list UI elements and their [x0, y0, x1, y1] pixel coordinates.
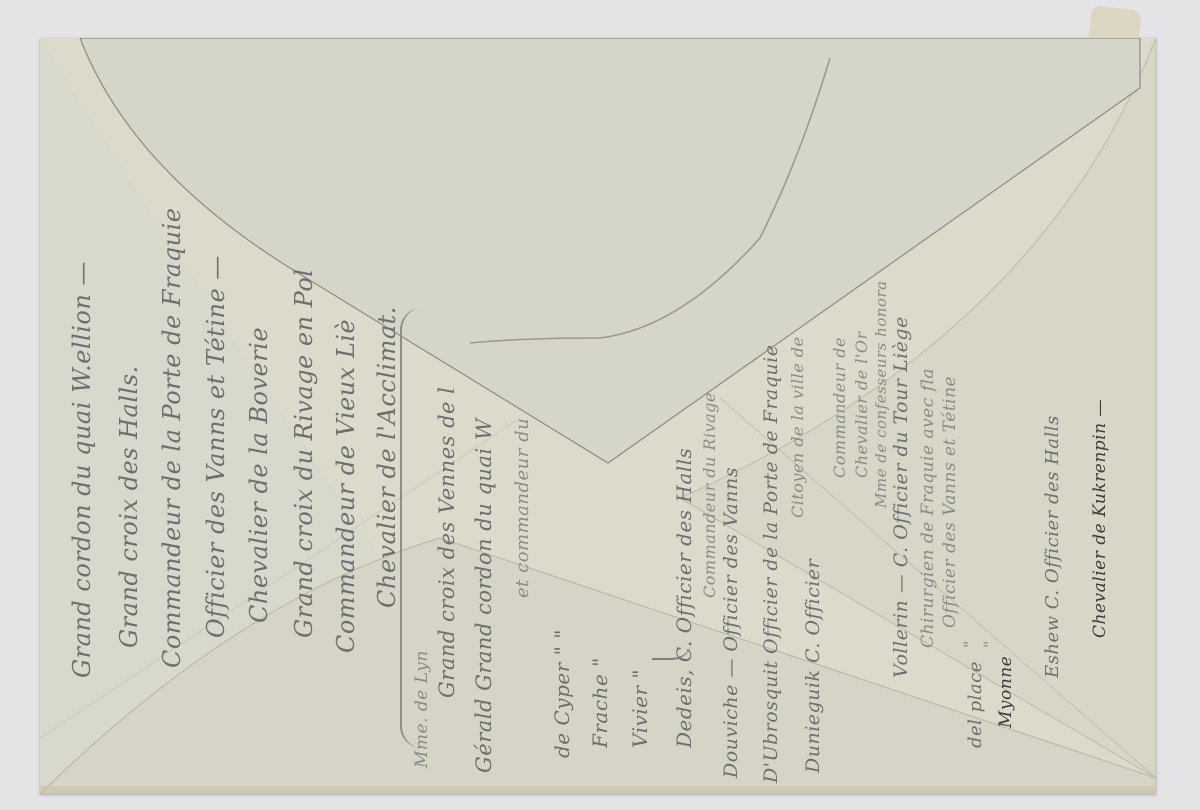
handwritten-line: Vollerin — C. Officier du Tour Liège: [890, 316, 912, 678]
handwritten-line: Grand croix des Halls.: [115, 365, 143, 648]
envelope-back: Grand cordon du quai W.ellion — Grand cr…: [40, 38, 1156, 794]
handwritten-line: Gérald Grand cordon du quai W: [472, 418, 496, 773]
handwritten-line: D'Ubrosquit Officier de la Porte de Fraq…: [760, 345, 782, 783]
handwritten-line: Dunieguik C. Officier: [802, 559, 824, 773]
handwritten-line: Chevalier de Kukrenpin —: [1090, 399, 1110, 638]
handwritten-line: Chevalier de l'Acclimat.: [373, 306, 401, 608]
handwritten-line: Commandeur du Rivage: [700, 392, 719, 598]
handwritten-line: Officier des Vanns et Tétine —: [202, 255, 230, 638]
handwritten-line: ": [980, 640, 999, 648]
handwritten-line: del place: [965, 661, 986, 748]
handwritten-line: Chirurgien de Fraquie avec fla: [918, 368, 938, 648]
handwritten-line: Commandeur de Vieux Liè: [332, 319, 360, 653]
handwritten-line: Dedeis, C. Officier des Halls: [672, 448, 696, 748]
handwritten-line: Grand croix des Vennes de l: [435, 387, 459, 698]
handwritten-line: Mme de confesseurs honora: [872, 280, 890, 508]
handwritten-line: Mme. de Lyn: [412, 650, 432, 768]
handwritten-line: ": [960, 640, 979, 648]
handwritten-line: Commandeur de: [830, 337, 849, 478]
handwritten-line: Chevalier de la Boverie: [245, 327, 273, 623]
handwritten-line: et commandeur du: [512, 418, 533, 598]
handwritten-line: Citoyen de la ville de: [788, 336, 807, 518]
handwritten-line: Vivier ": [628, 669, 652, 748]
handwritten-line: Officier des Vanns et Tétine: [940, 376, 960, 628]
handwritten-line: Commandeur de la Porte de Fraquie: [158, 208, 186, 668]
handwritten-line: Grand cordon du quai W.ellion —: [68, 261, 96, 678]
handwritten-line: de Cyper " ": [550, 629, 574, 758]
handwritten-line: Frache ": [588, 657, 612, 748]
handwritten-line: Myonne: [996, 656, 1016, 728]
handwritten-line: Douviche — Officier des Vanns: [720, 467, 742, 778]
handwritten-line: Chevalier de l'Or: [852, 331, 871, 478]
handwritten-line: Grand croix du Rivage en Pol: [290, 269, 318, 638]
handwritten-line: Eshew C. Officier des Halls: [1042, 415, 1063, 678]
